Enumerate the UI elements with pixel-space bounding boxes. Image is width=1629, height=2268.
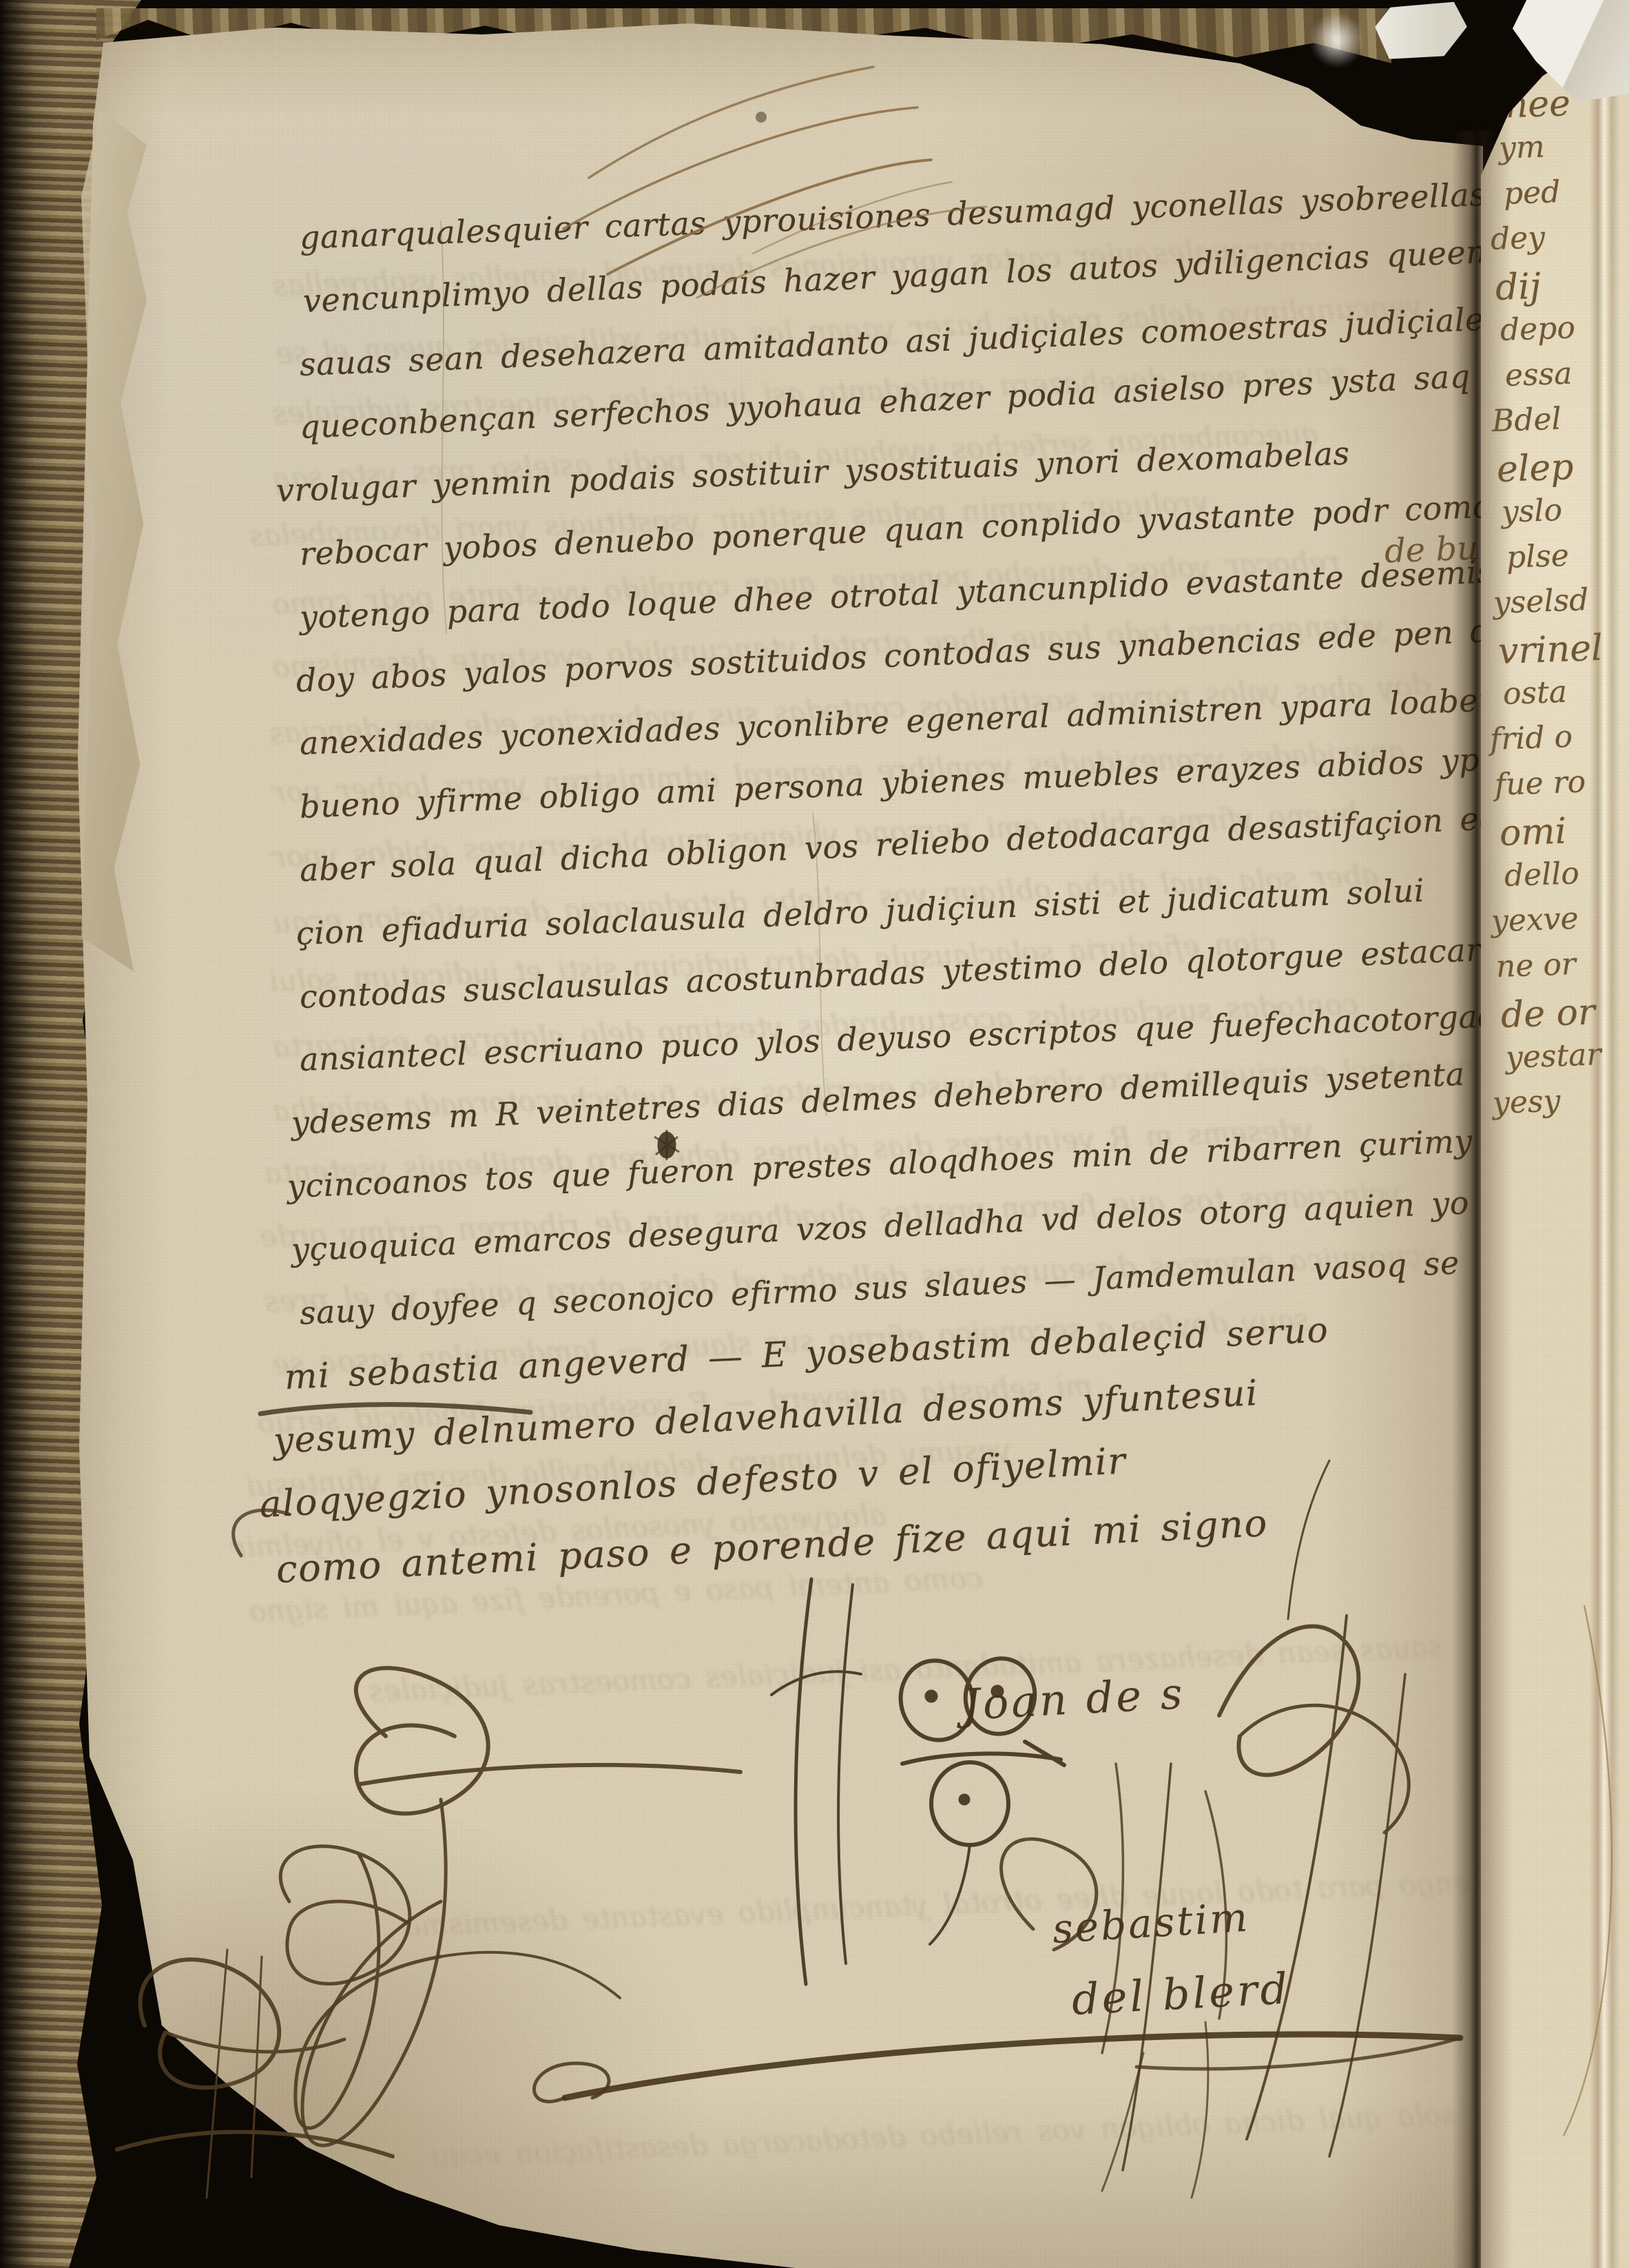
right-folio-line: de or xyxy=(1500,991,1596,1036)
right-folio-line: yesy xyxy=(1492,1084,1561,1121)
show-through-line: aber sola qual dicha obligon vos reliebo… xyxy=(430,2093,1538,2173)
right-folio-line: omi xyxy=(1499,811,1567,854)
right-folio-line: dij xyxy=(1495,266,1542,309)
right-folio-line: ym xyxy=(1498,130,1545,166)
right-folio-line: ne or xyxy=(1495,947,1577,984)
right-folio-line: vrinel xyxy=(1497,628,1604,672)
right-folio-line: dey xyxy=(1490,220,1546,257)
left-folio: ganarqualesquier cartas yprouisiones des… xyxy=(72,0,1483,2268)
right-folio-line: ped xyxy=(1503,174,1561,212)
right-folio-line: osta xyxy=(1502,674,1568,712)
right-folio-line: yestar xyxy=(1505,1037,1601,1075)
right-folio-line: elep xyxy=(1496,446,1574,491)
right-folio-line: yslo xyxy=(1501,493,1563,530)
paper-scrap xyxy=(1513,0,1629,102)
show-through-line: yotengo para todo loque dhee otrotal yta… xyxy=(403,1863,1517,1944)
manuscript-scan: ganarqualesquier cartas yprouisiones des… xyxy=(0,0,1629,2268)
right-folio-line: yselsd xyxy=(1493,582,1589,621)
right-folio-line: plse xyxy=(1506,538,1570,575)
right-folio-line: mee xyxy=(1493,83,1571,127)
right-folio-line: yexve xyxy=(1491,901,1579,939)
right-folio-line: Bdel xyxy=(1491,402,1561,439)
show-through-line: sauas sean desehazera amitadanto asi jud… xyxy=(369,1629,1444,1708)
right-folio: JnlameeympeddeydijdepoessaBdelelepyslopl… xyxy=(1481,0,1629,2268)
signature-sebastian-bottom: del blerd xyxy=(1070,1963,1291,2025)
right-folio-line: dello xyxy=(1504,856,1580,894)
right-folio-line: frid o xyxy=(1489,719,1573,757)
right-folio-line: depo xyxy=(1500,310,1576,348)
signature-joan: Joan de s xyxy=(962,1668,1186,1730)
right-folio-line: fue ro xyxy=(1494,764,1586,803)
cotton-fluff xyxy=(1310,12,1364,68)
right-folio-line: essa xyxy=(1504,356,1573,393)
